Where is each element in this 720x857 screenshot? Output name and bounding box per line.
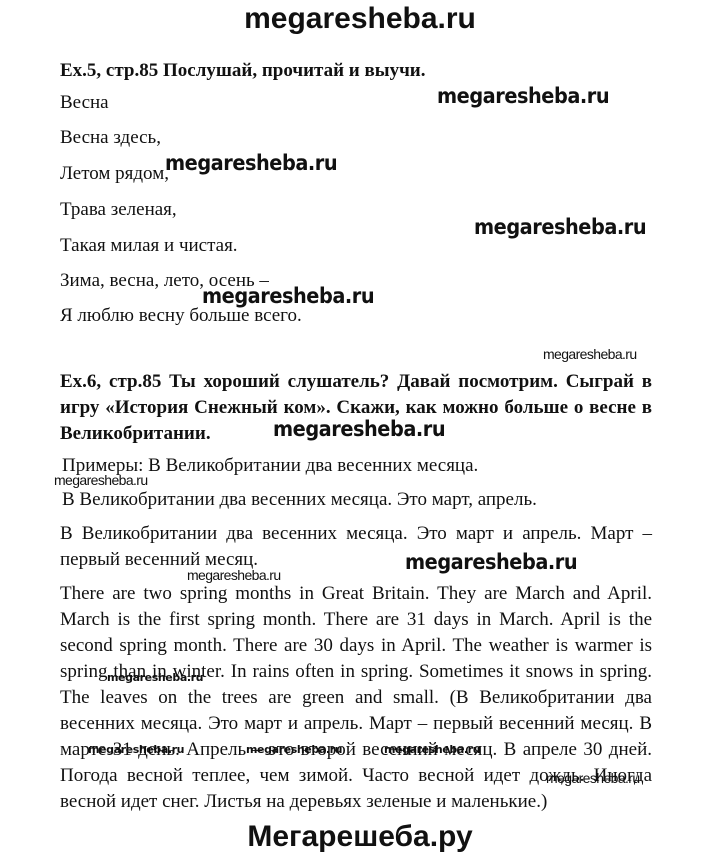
heading-line: Ex.6, стр.85 Ты хороший слушатель? Давай… <box>60 369 652 395</box>
watermark: megaresheba.ru <box>202 284 374 308</box>
watermark: megaresheba.ru <box>546 770 640 786</box>
paragraph-line: весенних месяца. Это март и апрель. Март… <box>60 711 652 737</box>
watermark: megaresheba.ru <box>165 151 337 175</box>
watermark: megaresheba.ru <box>437 84 609 108</box>
poem-line: Летом рядом, <box>60 163 169 185</box>
paragraph-line: The leaves on the trees are green and sm… <box>60 685 652 711</box>
site-header-logo[interactable]: megaresheba.ru <box>0 2 720 36</box>
exercise-5-heading: Ex.5, стр.85 Послушай, прочитай и выучи. <box>60 60 426 82</box>
site-footer-logo[interactable]: Мегарешеба.ру <box>0 820 720 854</box>
watermark: megaresheba.ru <box>88 743 184 756</box>
watermark: megaresheba.ru <box>187 567 281 583</box>
example-line: В Великобритании два весенних месяца. Эт… <box>62 489 537 511</box>
watermark: megaresheba.ru <box>246 743 342 756</box>
poem-line: Весна <box>60 92 109 114</box>
paragraph-line: весной идет снег. Листья на деревьях зел… <box>60 789 652 815</box>
watermark: megaresheba.ru <box>54 472 148 488</box>
watermark: megaresheba.ru <box>474 215 646 239</box>
poem-line: Такая милая и чистая. <box>60 235 238 257</box>
paragraph-line: There are two spring months in Great Bri… <box>60 581 652 607</box>
paragraph-line: March is the first spring month. There a… <box>60 607 652 633</box>
watermark: megaresheba.ru <box>384 743 480 756</box>
watermark: megaresheba.ru <box>107 671 203 684</box>
paragraph-line: В Великобритании два весенних месяца. Эт… <box>60 521 652 547</box>
poem-line: Я люблю весну больше всего. <box>60 305 302 327</box>
poem-line: Весна здесь, <box>60 127 161 149</box>
watermark: megaresheba.ru <box>273 417 445 441</box>
watermark: megaresheba.ru <box>543 346 637 362</box>
poem-line: Трава зеленая, <box>60 199 177 221</box>
paragraph-line: second spring month. There are 30 days i… <box>60 633 652 659</box>
watermark: megaresheba.ru <box>405 550 577 574</box>
